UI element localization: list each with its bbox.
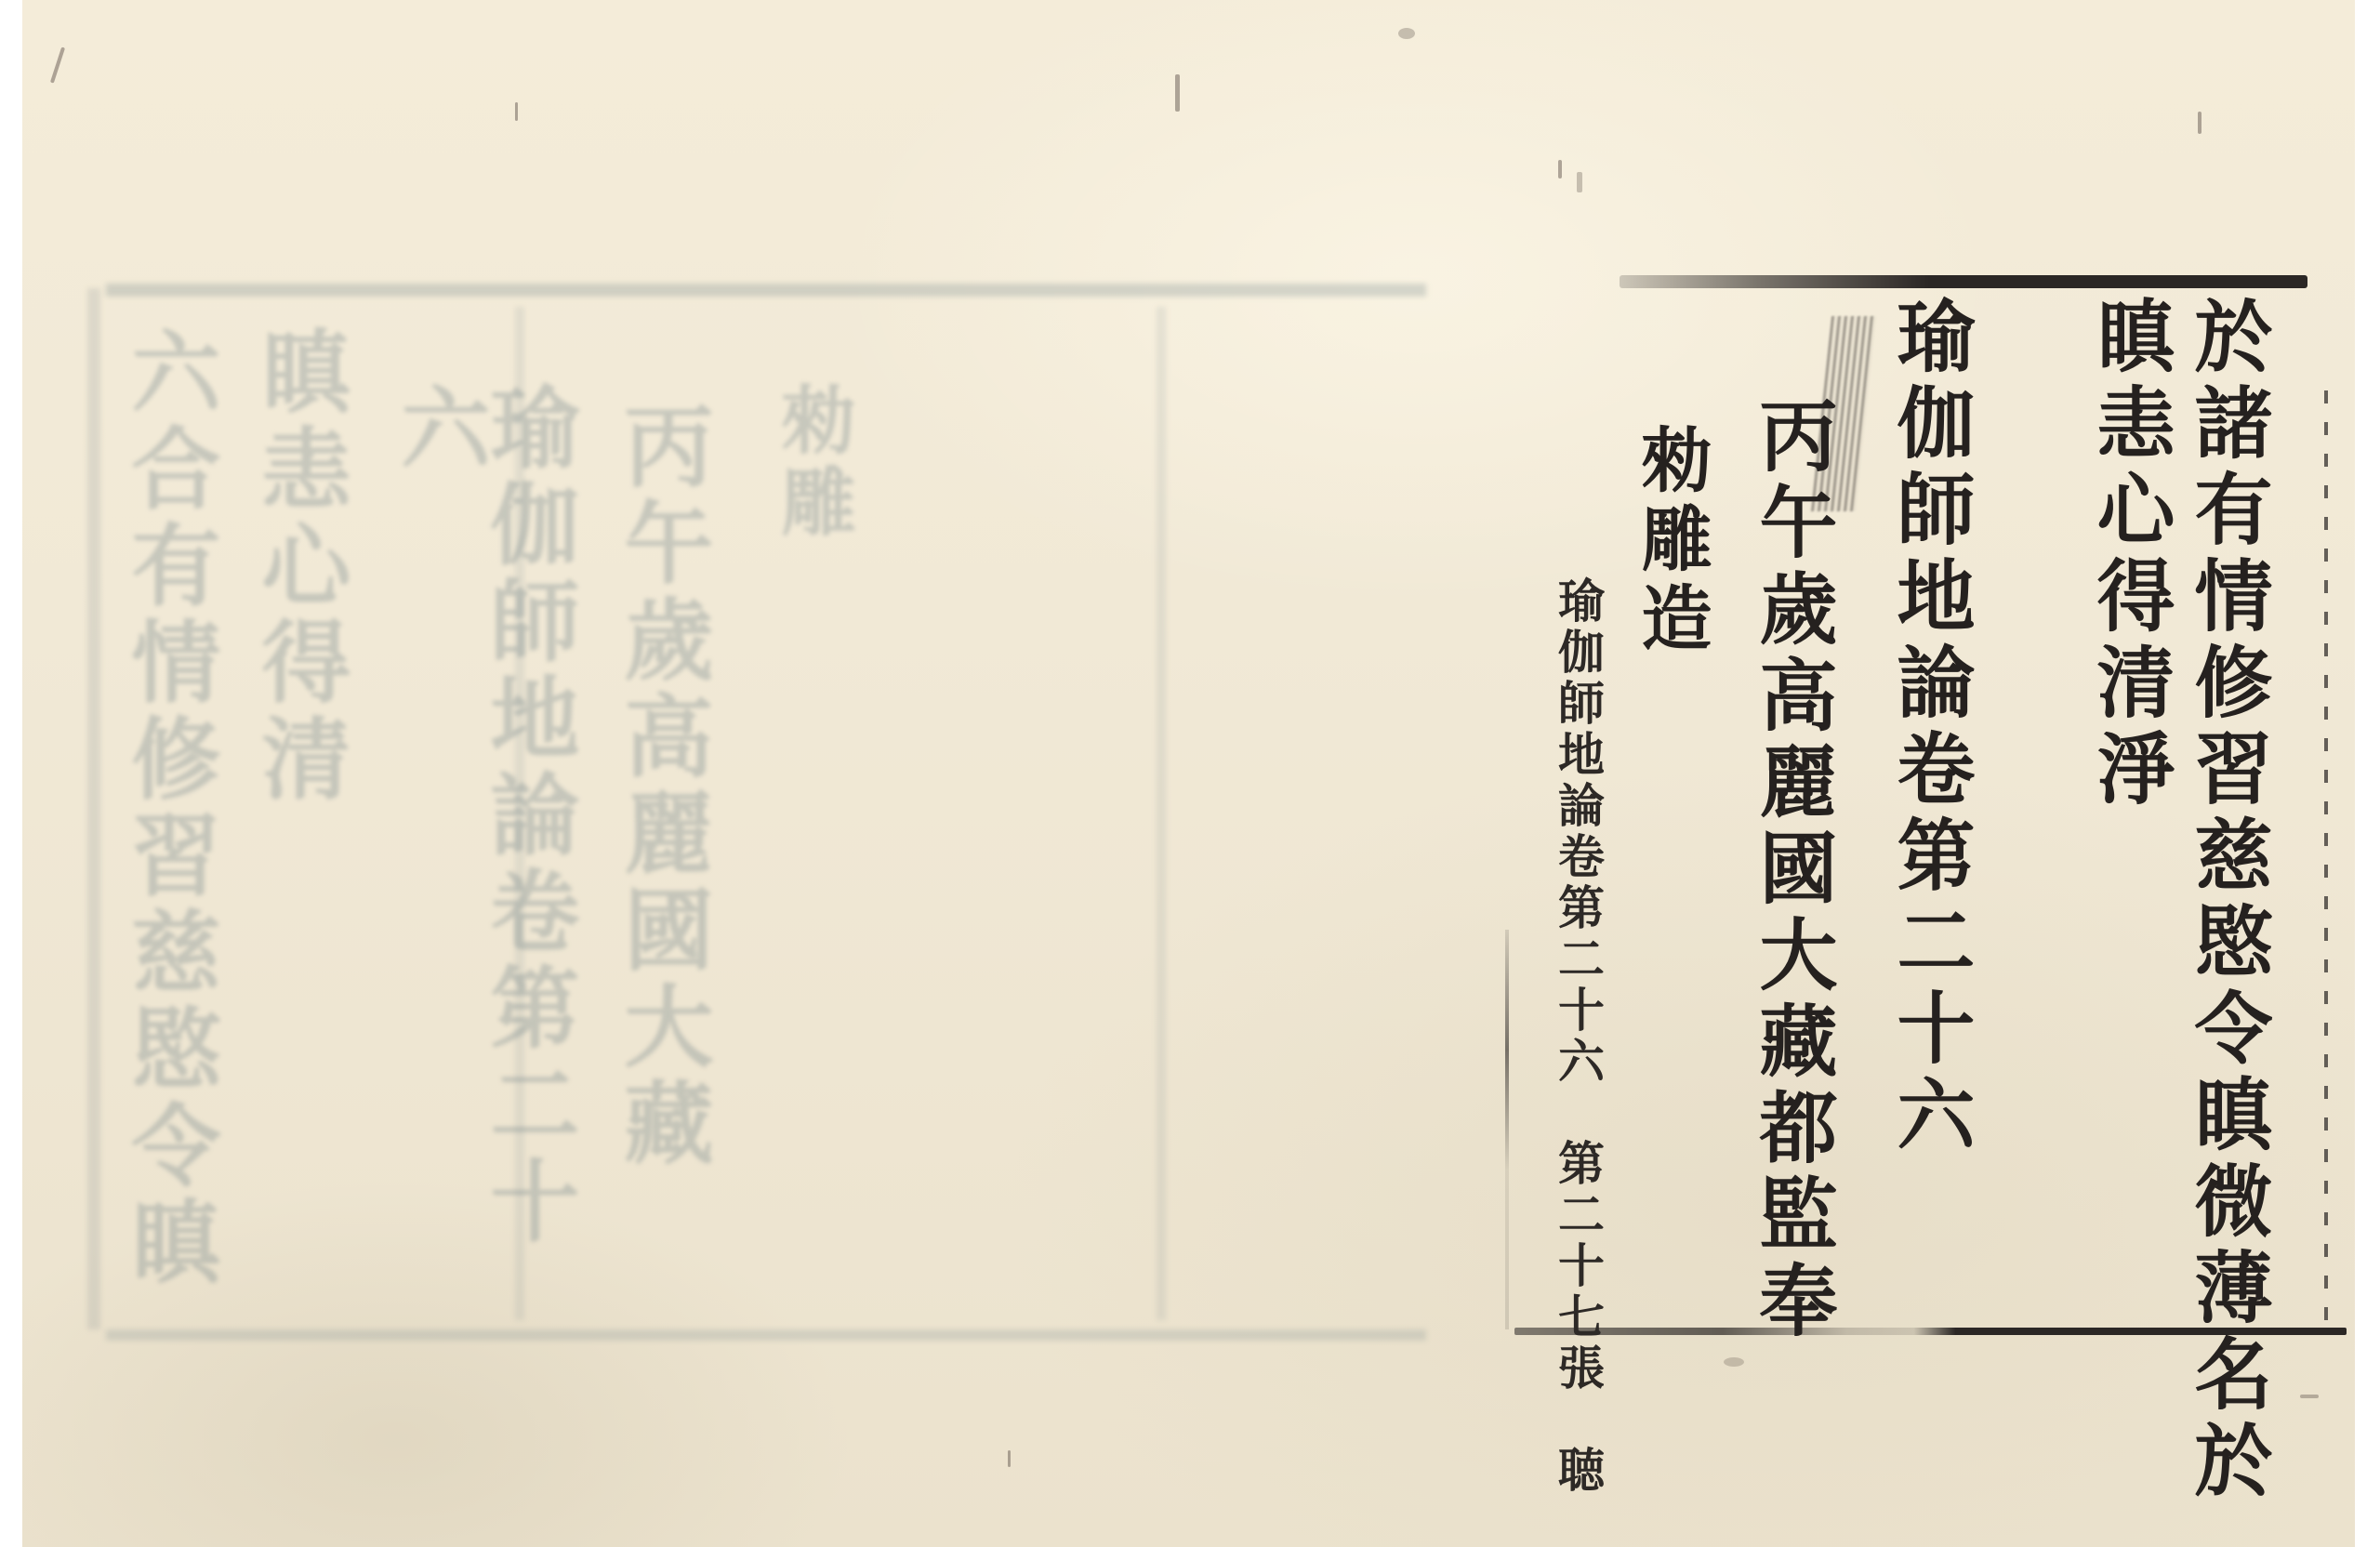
paper-fiber bbox=[515, 102, 518, 121]
ghost-frame-bottom bbox=[106, 1329, 1426, 1341]
ghost-text-column: 六合有情修習慈愍令瞋 bbox=[125, 325, 214, 1292]
text-column-1: 於諸有情修習慈愍令瞋微薄名於 bbox=[2188, 296, 2267, 1506]
frame-left-rule bbox=[1505, 930, 1509, 1329]
ghost-frame-left bbox=[87, 288, 100, 1329]
colophon-order-column: 勑雕造 bbox=[1635, 423, 1706, 660]
paper-fiber bbox=[1008, 1450, 1011, 1467]
paper-page: 六合有情修習慈愍令瞋 瞋恚心得清 瑜伽師地論卷第二十六 丙午歲高麗國大藏 勑雕 … bbox=[22, 0, 2355, 1547]
bleed-through-panel: 六合有情修習慈愍令瞋 瞋恚心得清 瑜伽師地論卷第二十六 丙午歲高麗國大藏 勑雕 bbox=[87, 270, 1482, 1339]
page-label-column: 瑜伽師地論卷第二十六 第二十七張 聴 bbox=[1554, 576, 1601, 1497]
paper-fiber bbox=[1175, 74, 1180, 112]
ghost-text-column: 瞋恚心得清 bbox=[255, 325, 344, 809]
paper-fiber bbox=[2198, 112, 2201, 134]
title-column: 瑜伽師地論卷第二十六 bbox=[1891, 296, 1969, 1160]
paper-fiber bbox=[50, 46, 65, 83]
text-column-2: 瞋恚心得清淨 bbox=[2091, 296, 2169, 814]
frame-right-rule bbox=[2324, 390, 2328, 1329]
paper-speck bbox=[1724, 1357, 1744, 1367]
ghost-text-column: 瑜伽師地論卷第二十六 bbox=[394, 381, 573, 1339]
ghost-text-column: 勑雕 bbox=[775, 381, 850, 545]
colophon-date-column: 丙午歲高麗國大藏都監奉 bbox=[1753, 395, 1831, 1346]
paper-fiber bbox=[2300, 1395, 2319, 1398]
frame-top-rule bbox=[1620, 275, 2307, 288]
ghost-frame-top bbox=[106, 284, 1426, 297]
paper-speck bbox=[1398, 28, 1415, 39]
ghost-column-rule bbox=[1157, 307, 1166, 1320]
paper-fiber bbox=[1558, 160, 1562, 178]
ghost-text-column: 丙午歲高麗國大藏 bbox=[617, 400, 707, 1173]
paper-fiber bbox=[1577, 172, 1582, 192]
